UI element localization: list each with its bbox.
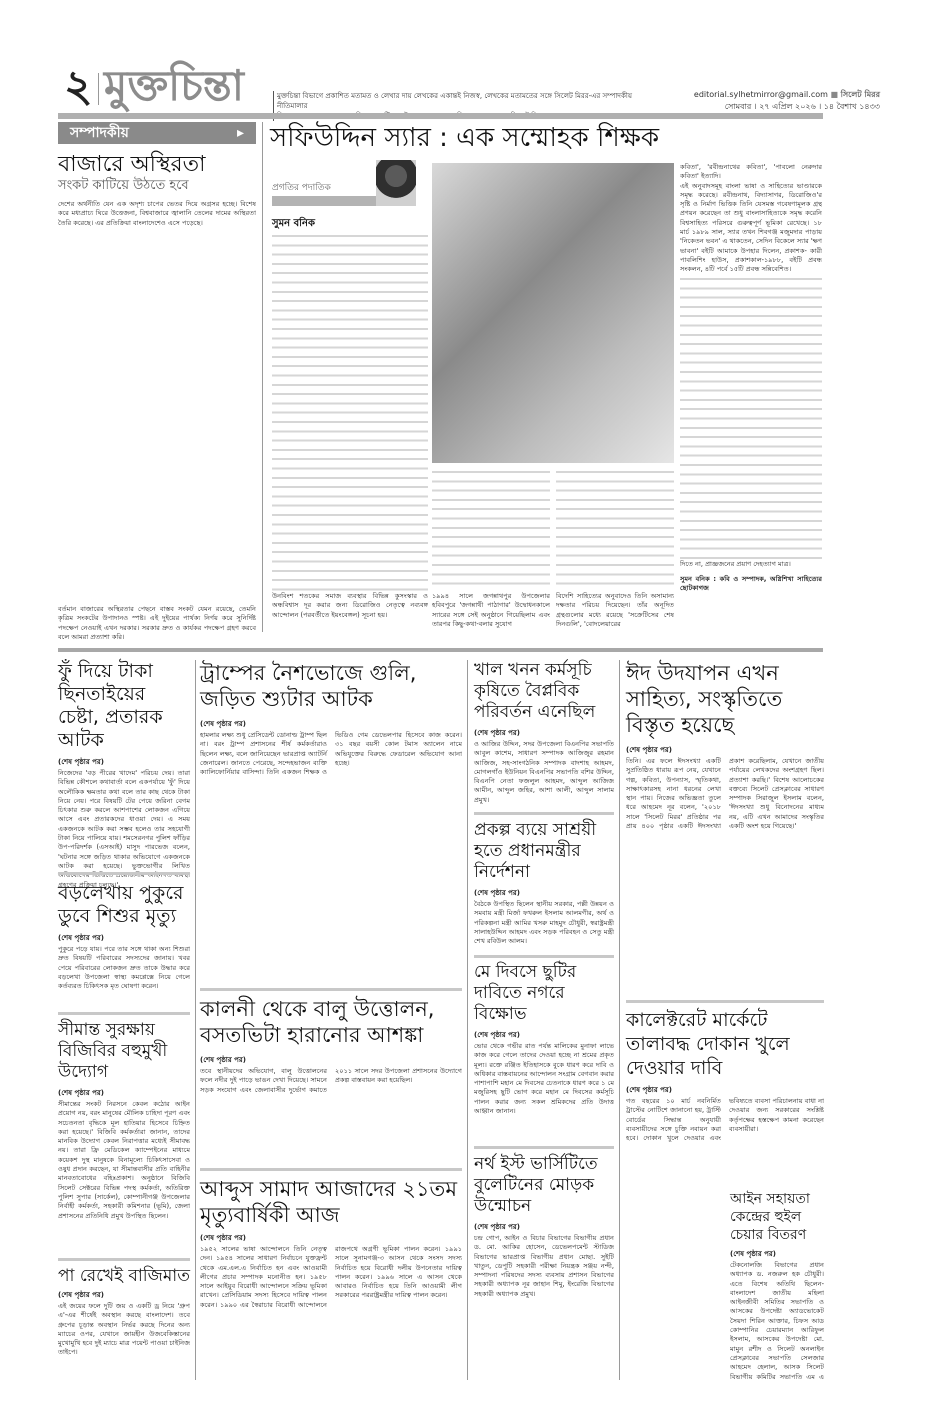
continued-label: (শেষ পৃষ্ঠার পর) — [730, 1248, 824, 1260]
continued-label: (শেষ পৃষ্ঠার পর) — [474, 727, 614, 739]
story-body: ও আজির উদ্দিন, সদর উপজেলা বিএনপির সভাপতি… — [474, 740, 614, 805]
continued-label: (শেষ পৃষ্ঠার পর) — [626, 1084, 824, 1096]
column-divider — [619, 660, 620, 1380]
story-headline[interactable]: ফুঁ দিয়ে টাকা ছিনতাইয়ের চেষ্টা, প্রতার… — [58, 660, 190, 752]
continued-label: (শেষ পৃষ্ঠার পর) — [200, 718, 462, 730]
story-divider — [58, 872, 190, 875]
editorial-subheadline: সংকট কাটিয়ে উঠতে হবে — [58, 178, 256, 194]
story-body: টেকনোলজি বিভাগের প্রধান অধ্যাপক ড. নজরুল… — [730, 1261, 824, 1381]
story-body: হামলার লক্ষ্য শুধু প্রেসিডেন্ট ডোনাল্ড ট… — [200, 731, 462, 1001]
story-bgb: সীমান্ত সুরক্ষায় বিজিবির বহুমুখী উদ্যোগ… — [58, 1020, 190, 1260]
continued-label: (শেষ পৃষ্ঠার পর) — [58, 1087, 190, 1099]
story-ain-sohayota: আইন সহায়তা কেন্দ্রের হুইল চেয়ার বিতরণ … — [730, 1190, 824, 1381]
story-north-east: নর্থ ইস্ট ভার্সিটিতে বুলেটিনের মোড়ক উন্… — [474, 1154, 614, 1384]
story-azad: আব্দুস সামাদ আজাদের ২১তম মৃত্যুবার্ষিকী … — [200, 1176, 462, 1395]
editorial-headline: বাজারে অস্থিরতা — [58, 152, 256, 178]
feature-col3: বিদেশি সাহিত্যের অনুবাদেও তিনি অসামান্য … — [556, 468, 674, 632]
continued-label: (শেষ পৃষ্ঠার পর) — [474, 1029, 614, 1041]
story-fu-diye-taka: ফুঁ দিয়ে টাকা ছিনতাইয়ের চেষ্টা, প্রতার… — [58, 660, 190, 890]
continued-label: (শেষ পৃষ্ঠার পর) — [474, 1221, 614, 1233]
story-khal-khonon: খাল খনন কর্মসূচি কৃষিতে বৈপ্লবিক পরিবর্ত… — [474, 660, 614, 805]
arrow-icon: ▸ — [237, 124, 244, 142]
story-divider — [58, 1258, 190, 1261]
story-divider — [58, 1012, 190, 1015]
story-body: চন্দ্র গোপ, আইন ও বিচার বিভাগের বিভাগীয়… — [474, 1234, 614, 1384]
column-name: প্রগতির পদাতিক — [272, 180, 331, 195]
column-divider — [195, 660, 196, 1380]
section-rule — [58, 648, 823, 652]
brand-name: সিলেট মিরর — [841, 90, 880, 99]
author-note: সুমন বনিক : কবি ও সম্পাদক, অগ্নিশিখা সাহ… — [680, 575, 822, 594]
story-headline[interactable]: ঈদ উদযাপন এখন সাহিত্য, সংস্কৃতিতে বিস্তৃ… — [626, 660, 824, 738]
story-body: ১৯৫২ সালের ভাষা আন্দোলনে তিনি নেতৃত্ব দে… — [200, 1245, 462, 1395]
story-divider — [474, 955, 614, 958]
story-body: তিনি। এর ফলে ঈদসংখ্যা একটি সুপ্রতিষ্ঠিত … — [626, 757, 824, 1027]
feature-col4: কবিতা', 'রবীন্দ্রনাথের কবিতা', 'পাবলো নে… — [680, 163, 822, 633]
subject-photo — [432, 163, 674, 463]
story-headline[interactable]: আইন সহায়তা কেন্দ্রের হুইল চেয়ার বিতরণ — [730, 1190, 824, 1244]
page-number: ২ — [64, 65, 93, 109]
masthead-divider — [98, 73, 99, 105]
story-headline[interactable]: ট্রাম্পের নৈশভোজে গুলি, জড়িত শ্যুটার আট… — [200, 660, 462, 712]
story-prokolpo: প্রকল্প ব্যয়ে সাশ্রয়ী হতে প্রধানমন্ত্র… — [474, 820, 614, 946]
feature-col2: ১৯৯৪ সালে জগন্নাথপুর উপজেলার হবিবপুরে 'জ… — [432, 468, 550, 632]
column-divider — [262, 122, 263, 632]
masthead: ২ মুক্তচিন্তা মুক্তচিন্তা বিভাগে প্রকাশি… — [58, 65, 828, 115]
continued-label: (শেষ পৃষ্ঠার পর) — [200, 1232, 462, 1244]
story-headline[interactable]: প্রকল্প ব্যয়ে সাশ্রয়ী হতে প্রধানমন্ত্র… — [474, 820, 614, 883]
author-name: সুমন বনিক — [272, 216, 315, 233]
author-photo — [376, 160, 416, 206]
editorial-body: দেশের অর্থনীতি যেন এক অদৃশ্য চাপের ভেতর … — [58, 200, 256, 605]
editorial-column: সম্পাদকীয় ▸ বাজারে অস্থিরতা সংকট কাটিয়… — [58, 122, 256, 642]
story-body: এই জয়ের ফলে দুটি জয় ও একটি ড্র নিয়ে '… — [58, 1302, 190, 1358]
editorial-section-bar: সম্পাদকীয় ▸ — [58, 122, 256, 144]
story-collectorate: কালেক্টরেট মার্কেটে তালাবদ্ধ দোকান খুলে … — [626, 1008, 824, 1207]
section-title: মুক্তচিন্তা — [104, 65, 244, 107]
issue-date: সোমবার । ২৭ এপ্রিল ২০২৬ । ১৪ বৈশাখ ১৪৩৩ — [648, 101, 880, 113]
story-divider — [200, 988, 462, 991]
story-divider — [200, 1168, 462, 1171]
story-headline[interactable]: আব্দুস সামাদ আজাদের ২১তম মৃত্যুবার্ষিকী … — [200, 1176, 462, 1228]
continued-label: (শেষ পৃষ্ঠার পর) — [58, 756, 190, 768]
story-body: বৈঠকে উপস্থিত ছিলেন স্থানীয় সরকার, পল্ল… — [474, 900, 614, 946]
story-trump: ট্রাম্পের নৈশভোজে গুলি, জড়িত শ্যুটার আট… — [200, 660, 462, 1001]
editorial-body-end: বর্তমান বাজারের অস্থিরতার পেছনে বাস্তব স… — [58, 605, 256, 642]
continued-label: (শেষ পৃষ্ঠার পর) — [58, 932, 190, 944]
feature-headline: সফিউদ্দিন স্যার : এক সম্মোহক শিক্ষক — [270, 122, 659, 154]
story-body: সীমান্তের সংকট নিরসনে কেবল কঠোর আইন প্রয… — [58, 1100, 190, 1260]
masthead-rule — [58, 113, 823, 119]
story-headline[interactable]: মে দিবসে ছুটির দাবিতে নগরে বিক্ষোভ — [474, 962, 614, 1025]
continued-label: (শেষ পৃষ্ঠার পর) — [474, 887, 614, 899]
editorial-email[interactable]: editorial.sylhetmirror@gmail.com — [694, 90, 828, 99]
story-headline[interactable]: বড়লেখায় পুকুরে ডুবে শিশুর মৃত্যু — [58, 882, 190, 928]
story-eid: ঈদ উদযাপন এখন সাহিত্য, সংস্কৃতিতে বিস্তৃ… — [626, 660, 824, 1027]
story-headline[interactable]: পা রেখেই বাজিমাত — [58, 1266, 190, 1287]
story-headline[interactable]: কালেক্টরেট মার্কেটে তালাবদ্ধ দোকান খুলে … — [626, 1008, 824, 1080]
story-kalni: কালনী থেকে বালু উত্তোলন, বসতভিটা হারানোর… — [200, 996, 462, 1187]
continued-label: (শেষ পৃষ্ঠার পর) — [200, 1054, 462, 1066]
feature-col1: উনবিংশ শতকের সমাজ ব্যবস্থার বিভিন্ন কুসং… — [272, 232, 428, 632]
header-meta: editorial.sylhetmirror@gmail.com ■ সিলেট… — [648, 89, 880, 113]
story-headline[interactable]: কালনী থেকে বালু উত্তোলন, বসতভিটা হারানোর… — [200, 996, 462, 1048]
story-headline[interactable]: নর্থ ইস্ট ভার্সিটিতে বুলেটিনের মোড়ক উন্… — [474, 1154, 614, 1217]
story-divider — [474, 1146, 614, 1149]
story-divider — [626, 1000, 824, 1003]
continued-label: (শেষ পৃষ্ঠার পর) — [626, 744, 824, 756]
story-divider — [474, 812, 614, 815]
column-bar — [272, 196, 382, 206]
column-divider — [467, 660, 468, 1380]
story-pa-rekhe: পা রেখেই বাজিমাত (শেষ পৃষ্ঠার পর) এই জয়… — [58, 1266, 190, 1358]
story-headline[interactable]: সীমান্ত সুরক্ষায় বিজিবির বহুমুখী উদ্যোগ — [58, 1020, 190, 1083]
continued-label: (শেষ পৃষ্ঠার পর) — [58, 1289, 190, 1301]
story-headline[interactable]: খাল খনন কর্মসূচি কৃষিতে বৈপ্লবিক পরিবর্ত… — [474, 660, 614, 723]
